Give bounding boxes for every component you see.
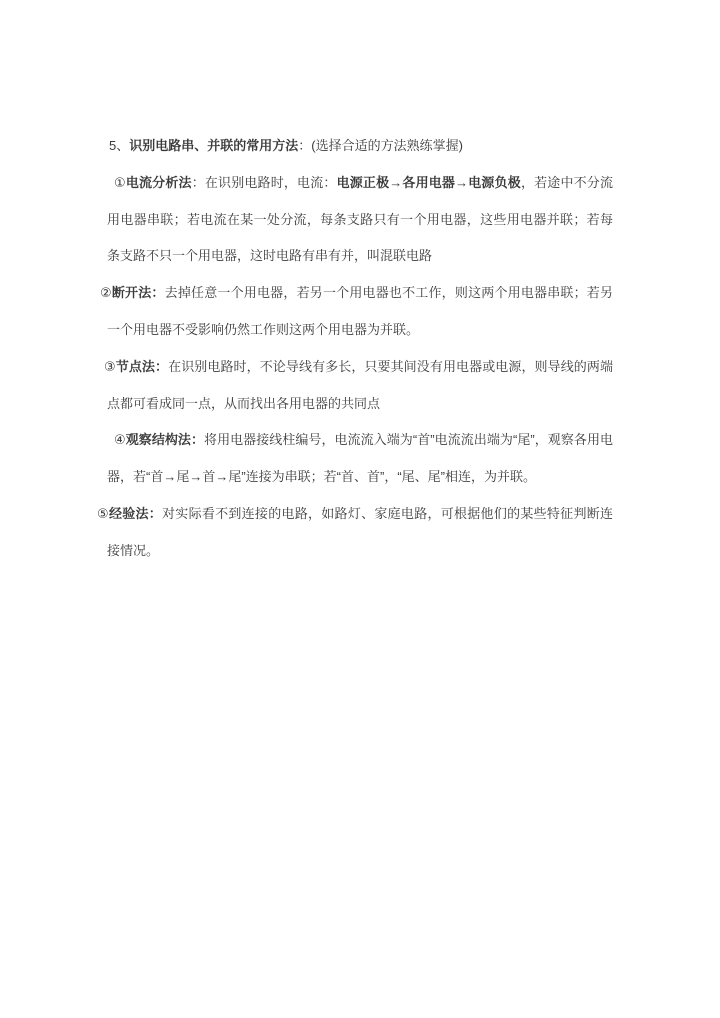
method-text: 在识别电路时，不论导线有多长，只要其间没有用电器或电源，则导线的两端点都可看成同… xyxy=(107,359,613,411)
method-emphasis: 电源正极→各用电器→电源负极 xyxy=(337,175,521,190)
method-name: 电流分析法 xyxy=(126,175,192,190)
document-page: 5、识别电路串、并联的常用方法：(选择合适的方法熟练掌握) ①电流分析法：在识别… xyxy=(107,128,613,570)
method-text: ：在识别电路时，电流： xyxy=(192,175,337,190)
item-marker: ① xyxy=(114,175,126,190)
method-name: 经验法： xyxy=(109,506,162,521)
method-item-experience: ⑤经验法：对实际看不到连接的电路，如路灯、家庭电路，可根据他们的某些特征判断连接… xyxy=(107,496,613,570)
method-name: 节点法： xyxy=(116,359,168,374)
item-marker: ⑤ xyxy=(97,506,109,521)
method-name: 观察结构法： xyxy=(126,432,204,447)
section-title: 识别电路串、并联的常用方法 xyxy=(129,138,298,153)
item-marker: ② xyxy=(100,285,112,300)
method-item-node: ③节点法：在识别电路时，不论导线有多长，只要其间没有用电器或电源，则导线的两端点… xyxy=(107,349,613,423)
method-item-structure-observation: ④观察结构法：将用电器接线柱编号，电流流入端为“首”电流流出端为“尾”，观察各用… xyxy=(107,422,613,496)
method-item-current-analysis: ①电流分析法：在识别电路时，电流：电源正极→各用电器→电源负极，若途中不分流用电… xyxy=(107,165,613,275)
section-number: 5、 xyxy=(109,138,129,153)
item-marker: ③ xyxy=(104,359,116,374)
section-title-suffix: ：(选择合适的方法熟练掌握) xyxy=(298,138,463,153)
section-heading: 5、识别电路串、并联的常用方法：(选择合适的方法熟练掌握) xyxy=(107,128,613,165)
method-item-disconnect: ②断开法：去掉任意一个用电器，若另一个用电器也不工作，则这两个用电器串联；若另一… xyxy=(107,275,613,349)
method-text: 对实际看不到连接的电路，如路灯、家庭电路，可根据他们的某些特征判断连接情况。 xyxy=(107,506,613,558)
method-text: 去掉任意一个用电器，若另一个用电器也不工作，则这两个用电器串联；若另一个用电器不… xyxy=(107,285,613,337)
method-name: 断开法： xyxy=(112,285,165,300)
item-marker: ④ xyxy=(114,432,126,447)
